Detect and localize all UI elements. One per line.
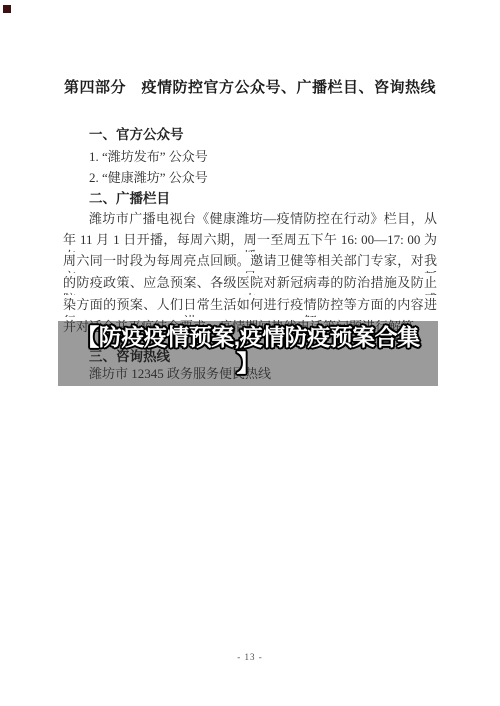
scan-corner-artifact [3, 5, 11, 13]
watermark-title-line1: 【防疫疫情预案,疫情防疫预案合集 [58, 324, 438, 351]
page-number: - 13 - [0, 652, 500, 662]
section-heading-official-accounts: 一、官方公众号 [63, 126, 463, 144]
list-item-jiankang-weifang: 2. “健康潍坊” 公众号 [63, 170, 463, 187]
page-title: 第四部分 疫情防控官方公众号、广播栏目、咨询热线 [0, 76, 500, 97]
watermark-title-line2: 】 [58, 351, 438, 376]
watermark-title: 【防疫疫情预案,疫情防疫预案合集 】 [58, 324, 438, 376]
paragraph-line: 周六同一时段为每周亮点回顾。邀请卫健等相关部门专家，对我市最新 [63, 253, 437, 273]
section-heading-broadcast: 二、广播栏目 [63, 190, 463, 208]
paragraph-line: 染方面的预案、人们日常生活如何进行疫情防控等方面的内容进行讲解， [63, 297, 437, 317]
paragraph-line: 年 11 月 1 日开播，每周六期，周一至周五下午 16: 00—17: 00 … [63, 232, 437, 252]
paragraph-line: 的防疫政策、应急预案、各级医院对新冠病毒的防治措施及防止院内感 [63, 275, 437, 295]
paragraph-line: 潍坊市广播电视台《健康潍坊—疫情防控在行动》栏目，从 2021 [63, 211, 437, 231]
list-item-weifang-fabu: 1. “潍坊发布” 公众号 [63, 149, 463, 166]
